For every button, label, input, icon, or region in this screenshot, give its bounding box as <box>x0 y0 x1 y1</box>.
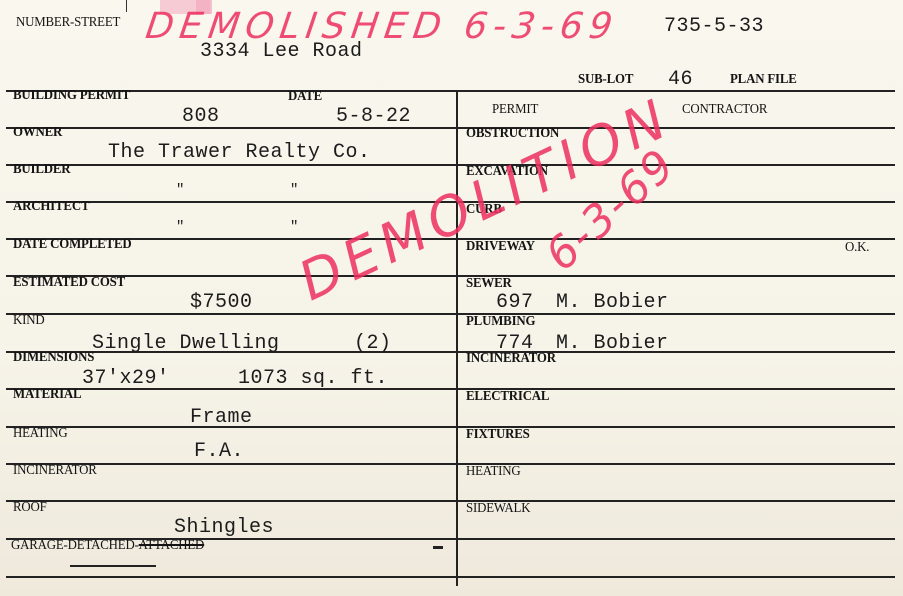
area-value: 1073 sq. ft. <box>238 369 388 389</box>
incinerator-permit-label: INCINERATOR <box>466 352 556 366</box>
rule <box>6 463 895 465</box>
material-value: Frame <box>190 408 253 428</box>
estimated-cost-label: ESTIMATED COST <box>13 276 125 290</box>
plan-file-label: PLAN FILE <box>730 73 797 87</box>
roof-value: Shingles <box>174 518 274 538</box>
builder-label: BUILDER <box>13 163 70 177</box>
kind-count: (2) <box>354 334 392 354</box>
rule <box>6 313 895 315</box>
plumbing-contractor: M. Bobier <box>556 334 669 354</box>
dimensions-value: 37'x29' <box>82 369 170 389</box>
sewer-permit: 697 <box>496 293 534 313</box>
material-label: MATERIAL <box>13 388 81 402</box>
dash-mark <box>433 546 443 549</box>
date-label: DATE <box>288 90 322 104</box>
rule <box>6 500 895 502</box>
rule <box>6 275 895 277</box>
architect-label: ARCHITECT <box>13 200 89 214</box>
building-permit-value: 808 <box>182 107 220 127</box>
roof-label: ROOF <box>13 501 47 515</box>
rule <box>6 576 895 578</box>
card-number: 735-5-33 <box>664 17 764 37</box>
garage-detached: GARAGE-DETACHED- <box>11 538 139 553</box>
owner-value: The Trawer Realty Co. <box>108 143 371 163</box>
owner-label: OWNER <box>13 126 62 140</box>
sidewalk-label: SIDEWALK <box>466 502 530 516</box>
dimensions-label: DIMENSIONS <box>13 351 94 365</box>
heating-value: F.A. <box>194 442 244 462</box>
heating-label: HEATING <box>13 427 68 441</box>
rule <box>6 90 895 92</box>
sub-lot-label: SUB-LOT <box>578 73 633 87</box>
rule <box>6 426 895 428</box>
garage-attached-struck: ATTACHED <box>139 538 204 553</box>
estimated-cost-value: $7500 <box>190 293 253 313</box>
sewer-label: SEWER <box>466 277 512 291</box>
electrical-label: ELECTRICAL <box>466 390 549 404</box>
date-value: 5-8-22 <box>336 107 411 127</box>
builder-ditto: " <box>290 180 299 200</box>
driveway-value: O.K. <box>845 241 869 255</box>
builder-ditto: " <box>176 180 185 200</box>
garage-blank-line <box>70 565 156 567</box>
architect-ditto: " <box>290 217 299 237</box>
top-tick <box>126 0 127 12</box>
rule <box>6 127 895 129</box>
contractor-header: CONTRACTOR <box>682 103 767 117</box>
column-divider <box>456 90 458 586</box>
kind-value: Single Dwelling <box>92 334 280 354</box>
sewer-contractor: M. Bobier <box>556 293 669 313</box>
driveway-label: DRIVEWAY <box>466 240 535 254</box>
permit-card: NUMBER-STREET 3334 Lee Road 735-5-33 SUB… <box>0 0 903 596</box>
fixtures-label: FIXTURES <box>466 428 530 442</box>
garage-label: GARAGE-DETACHED-ATTACHED <box>11 539 204 553</box>
date-completed-label: DATE COMPLETED <box>13 238 131 252</box>
kind-label: KIND <box>13 314 44 328</box>
demolished-stamp: DEMOLISHED 6-3-69 <box>143 6 621 47</box>
heating-permit-label: HEATING <box>466 465 521 479</box>
sub-lot-value: 46 <box>668 70 693 90</box>
plumbing-label: PLUMBING <box>466 315 535 329</box>
architect-ditto: " <box>176 217 185 237</box>
building-permit-label: BUILDING PERMIT <box>13 89 130 103</box>
incinerator-label: INCINERATOR <box>13 464 97 478</box>
rule <box>6 164 895 166</box>
permit-header: PERMIT <box>492 103 538 117</box>
number-street-label: NUMBER-STREET <box>16 16 120 30</box>
